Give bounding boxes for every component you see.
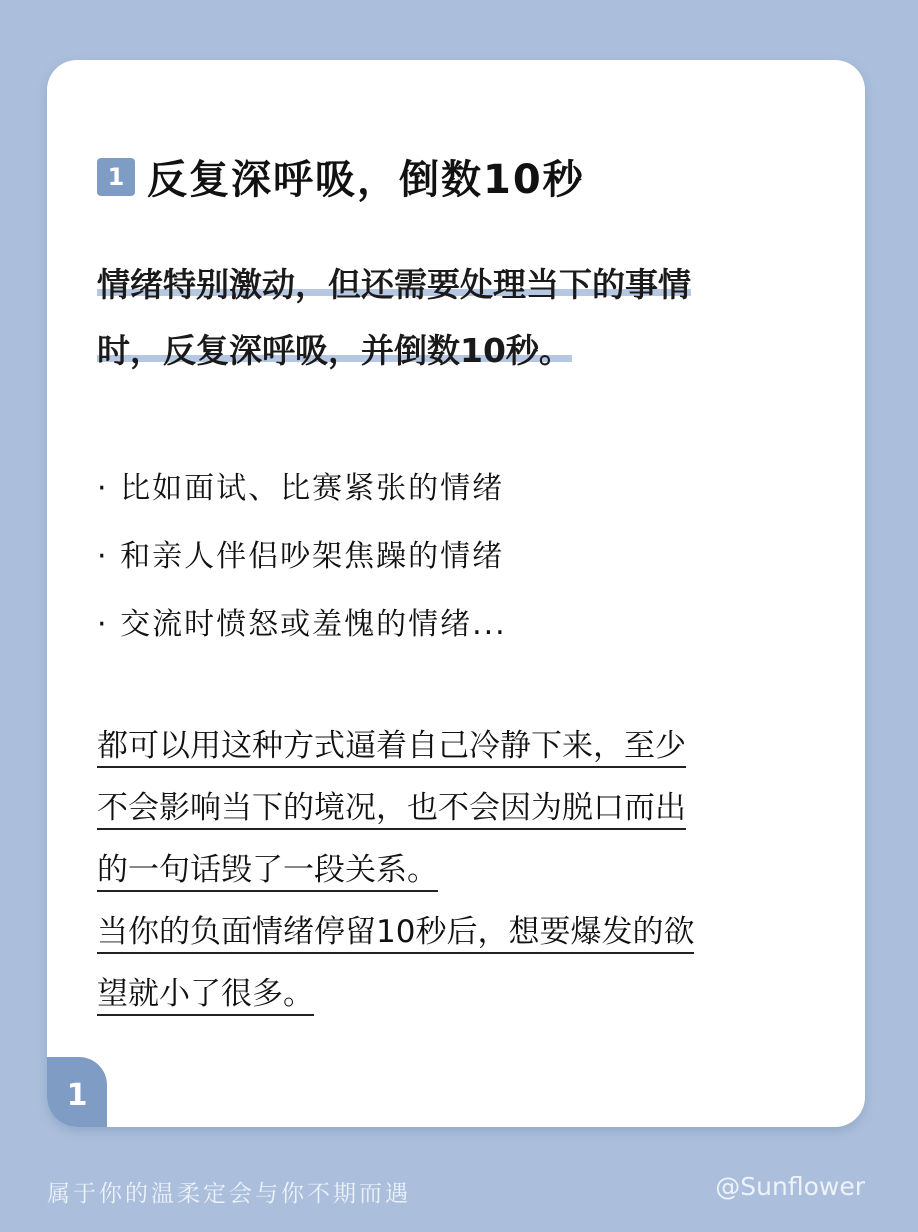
paragraph-line: 的一句话毁了一段关系。 — [97, 852, 438, 892]
paragraph-line: 都可以用这种方式逼着自己冷静下来，至少 — [97, 728, 686, 768]
footer-handle: @Sunflower — [715, 1172, 865, 1201]
highlight-line: 情绪特别激动，但还需要处理当下的事情 — [97, 265, 691, 304]
page-number-tab: 1 — [47, 1057, 107, 1127]
list-item: · 比如面试、比赛紧张的情绪 — [97, 455, 507, 523]
paragraph-line: 当你的负面情绪停留10秒后，想要爆发的欲 — [97, 914, 694, 954]
paragraph-line: 望就小了很多。 — [97, 976, 314, 1016]
card-title: 反复深呼吸，倒数10秒 — [147, 148, 585, 205]
list-item: · 和亲人伴侣吵架焦躁的情绪 — [97, 523, 507, 591]
bullet-list: · 比如面试、比赛紧张的情绪 · 和亲人伴侣吵架焦躁的情绪 · 交流时愤怒或羞愧… — [97, 455, 507, 659]
paragraph-line: 不会影响当下的境况，也不会因为脱口而出 — [97, 790, 686, 830]
underlined-paragraph: 都可以用这种方式逼着自己冷静下来，至少 不会影响当下的境况，也不会因为脱口而出 … — [97, 715, 827, 1025]
highlighted-text: 情绪特别激动，但还需要处理当下的事情 时，反复深呼吸，并倒数10秒。 — [97, 252, 827, 384]
title-row: 1 反复深呼吸，倒数10秒 — [97, 148, 585, 205]
number-badge: 1 — [97, 158, 135, 196]
content-card: 1 反复深呼吸，倒数10秒 情绪特别激动，但还需要处理当下的事情 时，反复深呼吸… — [47, 60, 865, 1127]
list-item: · 交流时愤怒或羞愧的情绪... — [97, 591, 507, 659]
footer-slogan: 属于你的温柔定会与你不期而遇 — [47, 1175, 411, 1208]
highlight-line: 时，反复深呼吸，并倒数10秒。 — [97, 331, 572, 370]
